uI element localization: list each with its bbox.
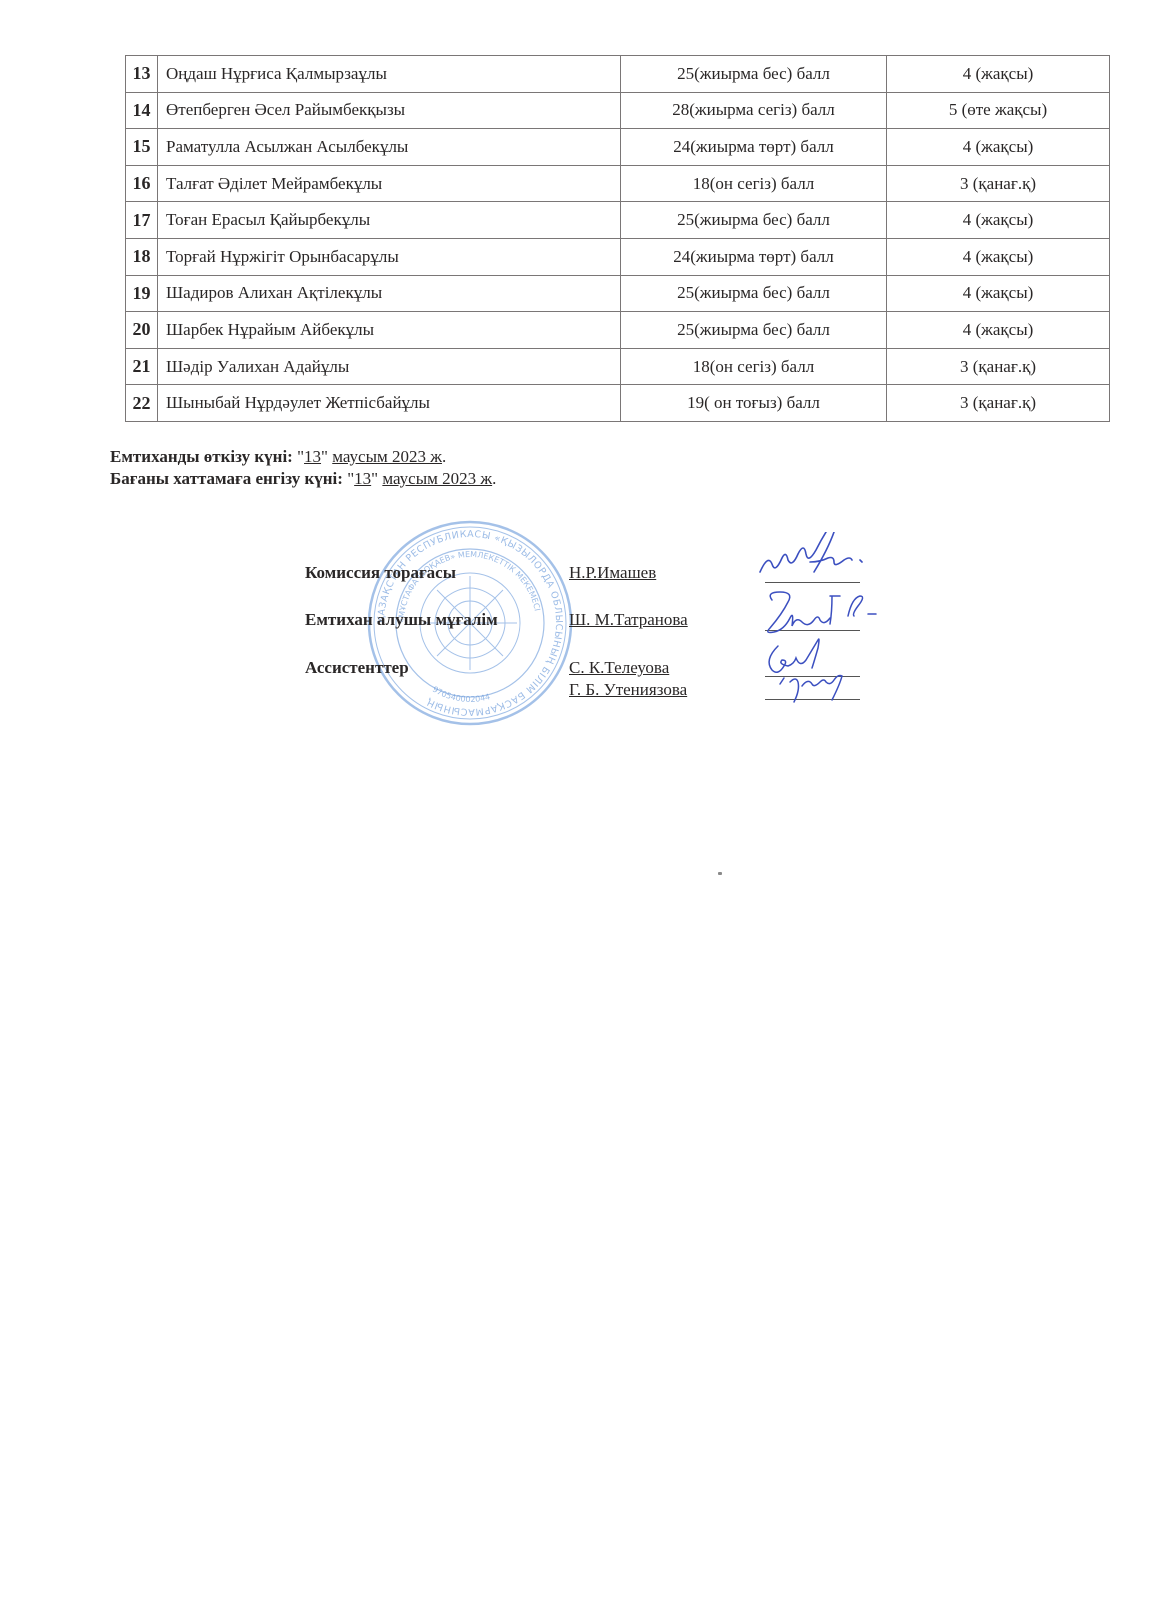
grade-cell: 4 (жақсы): [887, 238, 1110, 275]
score-cell: 28(жиырма сегіз) балл: [621, 92, 887, 129]
score-cell: 18(он сегіз) балл: [621, 165, 887, 202]
dates-section: Емтиханды өткізу күні: "13" маусым 2023 …: [110, 446, 496, 490]
exam-date-line: Емтиханды өткізу күні: "13" маусым 2023 …: [110, 446, 496, 468]
student-name: Шадиров Алихан Ақтілекұлы: [158, 275, 621, 312]
protocol-date-month-year: маусым 2023 ж: [382, 469, 492, 488]
protocol-date-day: 13: [354, 469, 371, 488]
row-number: 14: [126, 92, 158, 129]
protocol-date-line: Бағаны хаттамаға енгізу күні: "13" маусы…: [110, 468, 496, 490]
row-number: 15: [126, 129, 158, 166]
grade-cell: 4 (жақсы): [887, 202, 1110, 239]
row-number: 22: [126, 385, 158, 422]
table-row: 18Торғай Нұржігіт Орынбасарұлы24(жиырма …: [126, 238, 1110, 275]
assistant-name-2: Г. Б. Утениязова: [569, 680, 687, 700]
grade-cell: 5 (өте жақсы): [887, 92, 1110, 129]
table-row: 20Шарбек Нұрайым Айбекұлы25(жиырма бес) …: [126, 312, 1110, 349]
student-name: Шарбек Нұрайым Айбекұлы: [158, 312, 621, 349]
score-cell: 25(жиырма бес) балл: [621, 56, 887, 93]
row-number: 13: [126, 56, 158, 93]
score-cell: 24(жиырма төрт) балл: [621, 238, 887, 275]
assistants-role: Ассистенттер: [305, 658, 409, 678]
grade-cell: 3 (қанағ.қ): [887, 348, 1110, 385]
protocol-date-label: Бағаны хаттамаға енгізу күні:: [110, 469, 343, 488]
grade-cell: 3 (қанағ.қ): [887, 165, 1110, 202]
table-row: 15Раматулла Асылжан Асылбекұлы24(жиырма …: [126, 129, 1110, 166]
grade-cell: 4 (жақсы): [887, 275, 1110, 312]
student-name: Торғай Нұржігіт Орынбасарұлы: [158, 238, 621, 275]
row-number: 19: [126, 275, 158, 312]
row-number: 21: [126, 348, 158, 385]
chair-role: Комиссия торағасы: [305, 563, 456, 583]
grade-cell: 4 (жақсы): [887, 56, 1110, 93]
assistant-name-1: С. К.Телеуова: [569, 658, 669, 678]
document-page: 13Оңдаш Нұрғиса Қалмырзаұлы25(жиырма бес…: [0, 0, 1163, 1600]
chair-signature-icon: [750, 532, 880, 592]
chair-name: Н.Р.Имашев: [569, 563, 656, 583]
table-row: 13Оңдаш Нұрғиса Қалмырзаұлы25(жиырма бес…: [126, 56, 1110, 93]
table-row: 17Тоған Ерасыл Қайырбекұлы25(жиырма бес)…: [126, 202, 1110, 239]
student-name: Талғат Әділет Мейрамбекұлы: [158, 165, 621, 202]
examiner-role: Емтихан алушы мұғалім: [305, 610, 498, 630]
student-name: Шәдір Уалихан Адайұлы: [158, 348, 621, 385]
score-cell: 18(он сегіз) балл: [621, 348, 887, 385]
table-row: 14Өтепберген Әсел Райымбекқызы28(жиырма …: [126, 92, 1110, 129]
grade-cell: 4 (жақсы): [887, 129, 1110, 166]
score-cell: 25(жиырма бес) балл: [621, 202, 887, 239]
scan-speck: [718, 872, 722, 875]
student-name: Өтепберген Әсел Райымбекқызы: [158, 92, 621, 129]
table-row: 16Талғат Әділет Мейрамбекұлы18(он сегіз)…: [126, 165, 1110, 202]
student-name: Тоған Ерасыл Қайырбекұлы: [158, 202, 621, 239]
grades-table: 13Оңдаш Нұрғиса Қалмырзаұлы25(жиырма бес…: [125, 55, 1110, 422]
examiner-signature-icon: [750, 588, 885, 638]
row-number: 16: [126, 165, 158, 202]
row-number: 17: [126, 202, 158, 239]
score-cell: 19( он тоғыз) балл: [621, 385, 887, 422]
score-cell: 25(жиырма бес) балл: [621, 275, 887, 312]
table-row: 21Шәдір Уалихан Адайұлы18(он сегіз) балл…: [126, 348, 1110, 385]
student-name: Шыныбай Нұрдәулет Жетпісбайұлы: [158, 385, 621, 422]
exam-date-label: Емтиханды өткізу күні:: [110, 447, 293, 466]
table-row: 22Шыныбай Нұрдәулет Жетпісбайұлы19( он т…: [126, 385, 1110, 422]
exam-date-month-year: маусым 2023 ж: [332, 447, 442, 466]
student-name: Раматулла Асылжан Асылбекұлы: [158, 129, 621, 166]
row-number: 20: [126, 312, 158, 349]
table-row: 19Шадиров Алихан Ақтілекұлы25(жиырма бес…: [126, 275, 1110, 312]
score-cell: 25(жиырма бес) балл: [621, 312, 887, 349]
examiner-name: Ш. М.Татранова: [569, 610, 688, 630]
grade-cell: 4 (жақсы): [887, 312, 1110, 349]
grade-cell: 3 (қанағ.қ): [887, 385, 1110, 422]
row-number: 18: [126, 238, 158, 275]
score-cell: 24(жиырма төрт) балл: [621, 129, 887, 166]
student-name: Оңдаш Нұрғиса Қалмырзаұлы: [158, 56, 621, 93]
assistants-signature-icon: [750, 638, 880, 718]
exam-date-day: 13: [304, 447, 321, 466]
